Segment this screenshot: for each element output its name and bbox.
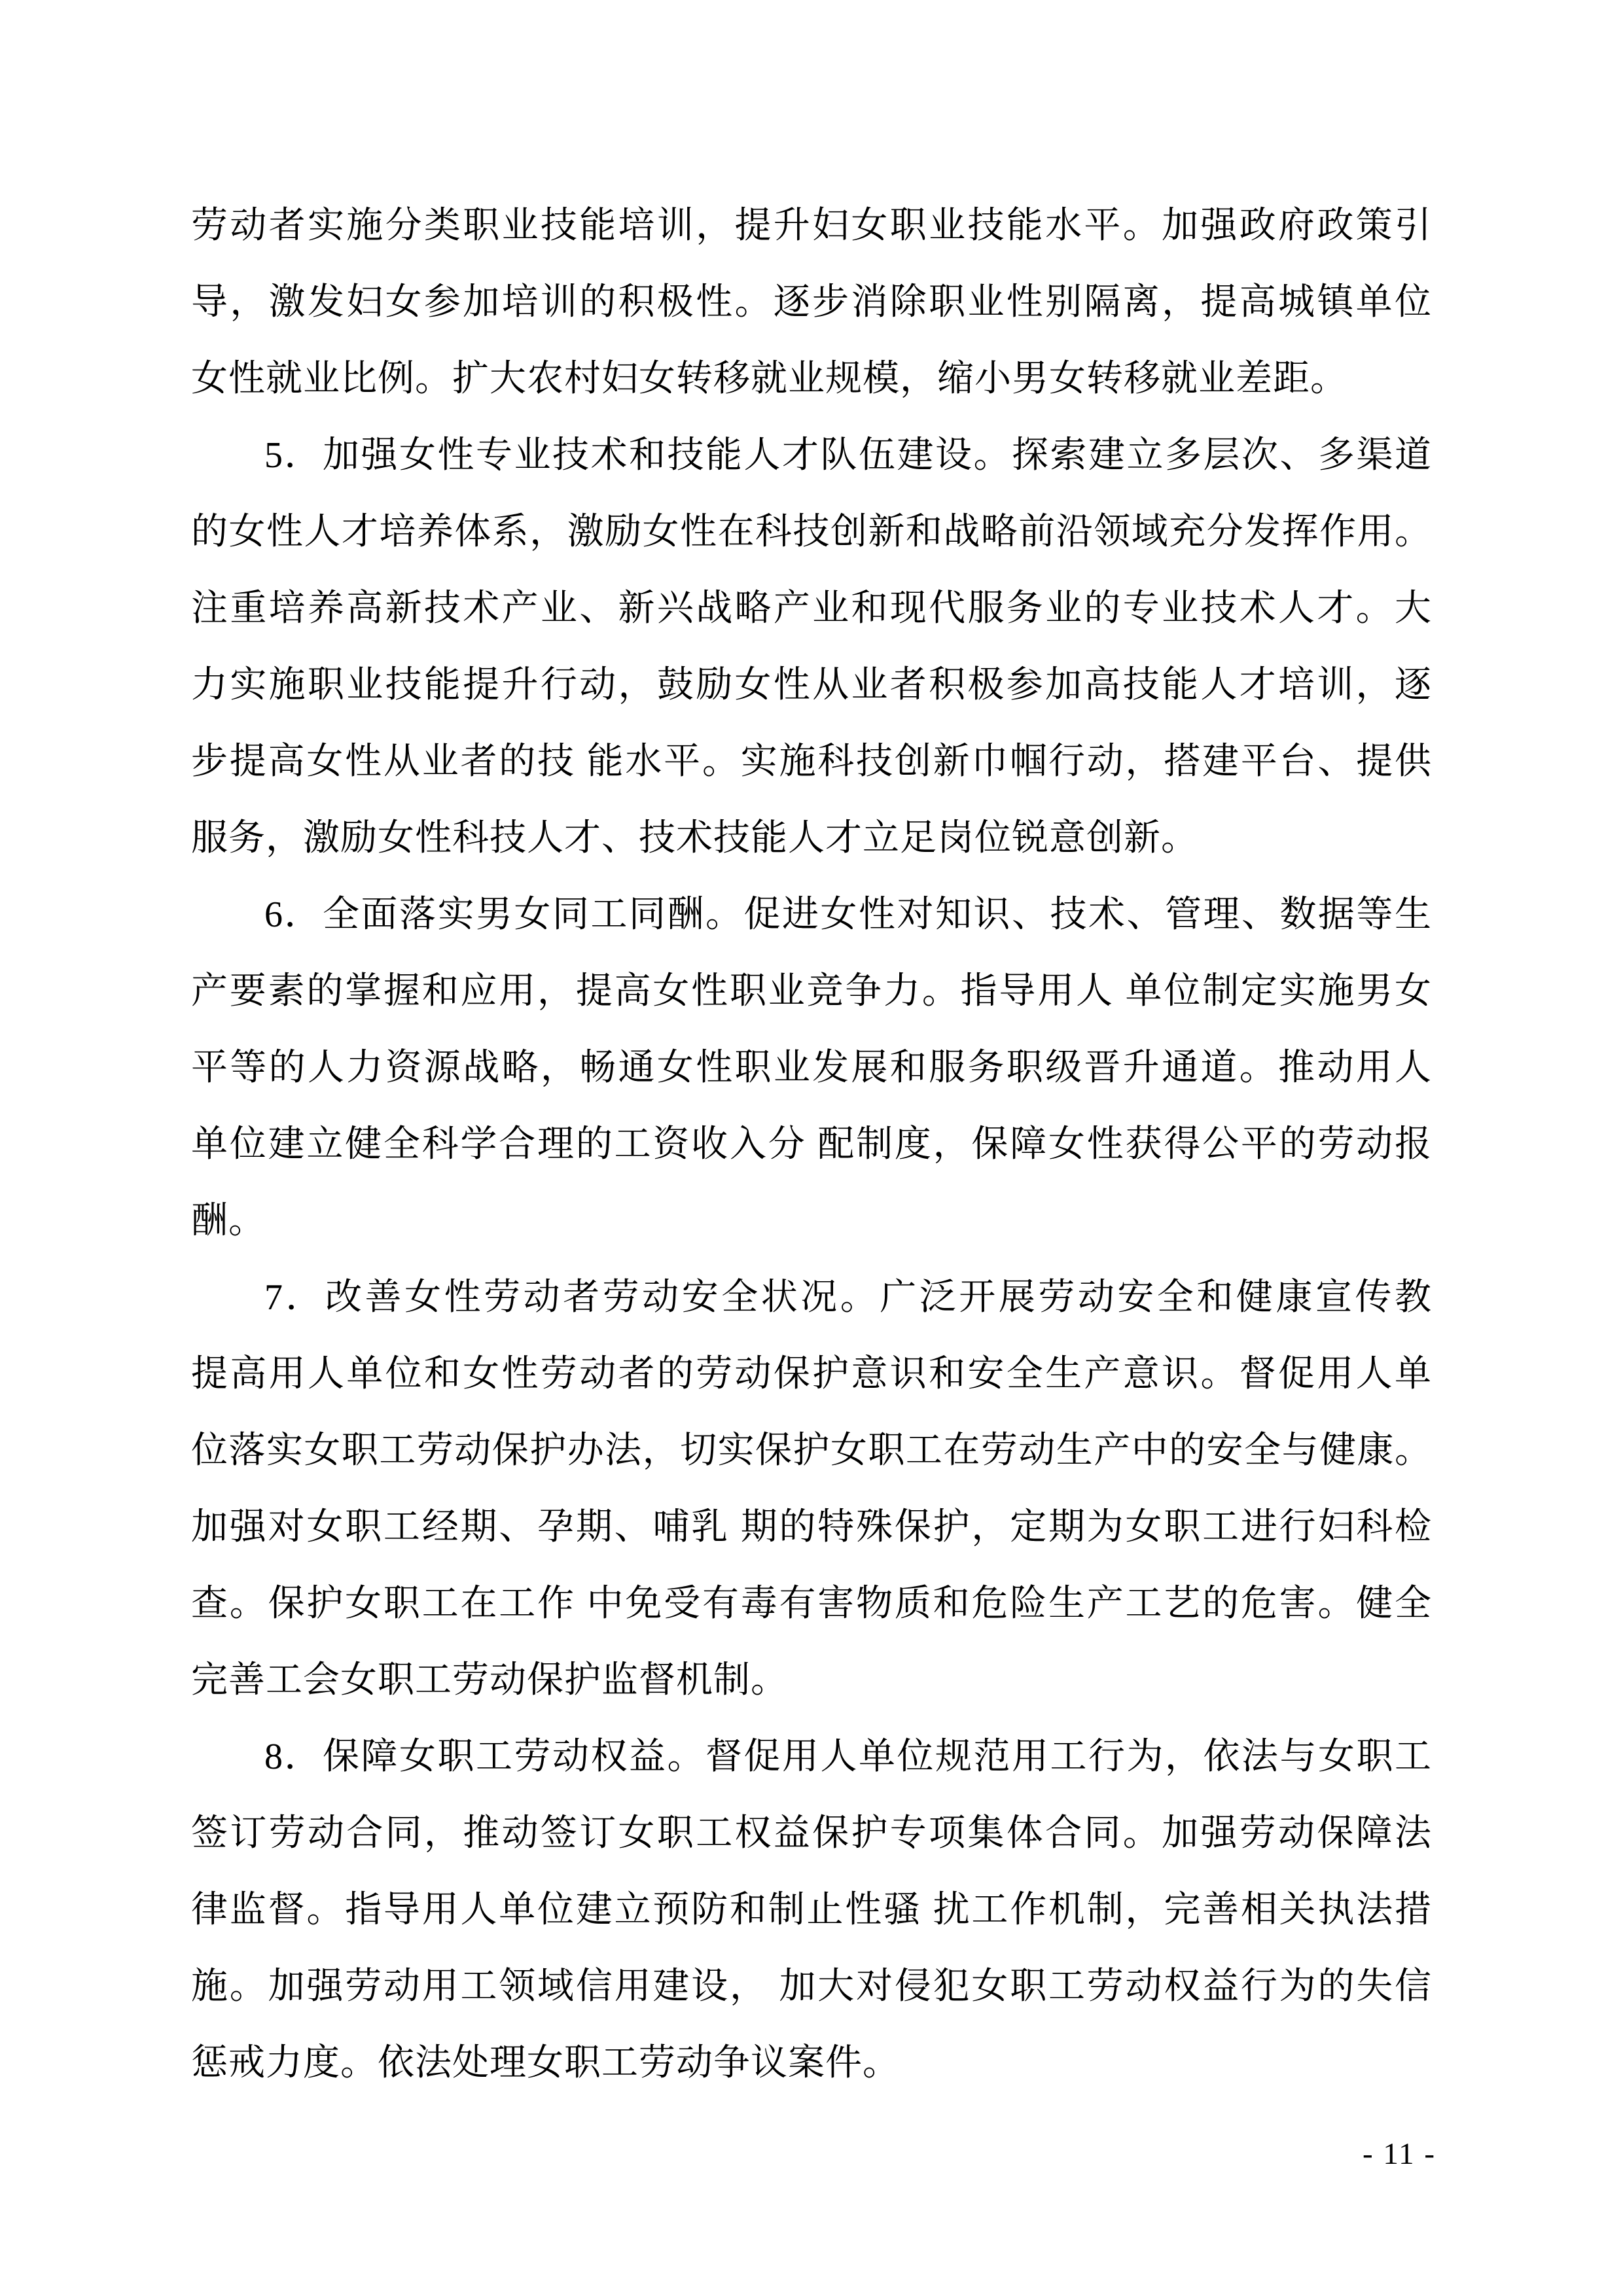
text-line: 惩戒力度。依法处理女职工劳动争议案件。 [191, 2025, 1432, 2102]
text-line: 平等的人力资源战略，畅通女性职业发展和服务职级晋升通道。推动用人 [191, 1030, 1432, 1106]
text-line: 注重培养高新技术产业、新兴战略产业和现代服务业的专业技术人才。大 [191, 571, 1432, 647]
text-line: 步提高女性从业者的技 能水平。实施科技创新巾帼行动，搭建平台、提供 [191, 724, 1432, 800]
text-line: 7．改善女性劳动者劳动安全状况。广泛开展劳动安全和健康宣传教育， [191, 1260, 1432, 1336]
text-line: 施。加强劳动用工领域信用建设， 加大对侵犯女职工劳动权益行为的失信 [191, 1949, 1432, 2025]
text-line: 6．全面落实男女同工同酬。促进女性对知识、技术、管理、数据等生 [191, 877, 1432, 953]
text-line: 查。保护女职工在工作 中免受有毒有害物质和危险生产工艺的危害。健全 [191, 1566, 1432, 1642]
page-number: - 11 - [191, 2134, 1436, 2174]
text-line: 完善工会女职工劳动保护监督机制。 [191, 1642, 1432, 1719]
text-line: 8．保障女职工劳动权益。督促用人单位规范用工行为，依法与女职工 [191, 1719, 1432, 1795]
text-line: 提高用人单位和女性劳动者的劳动保护意识和安全生产意识。督促用人单 [191, 1336, 1432, 1413]
text-line: 位落实女职工劳动保护办法，切实保护女职工在劳动生产中的安全与健康。 [191, 1413, 1432, 1489]
document-page: 劳动者实施分类职业技能培训，提升妇女职业技能水平。加强政府政策引 导，激发妇女参… [0, 0, 1623, 2296]
text-line: 酬。 [191, 1183, 1432, 1260]
text-line: 签订劳动合同，推动签订女职工权益保护专项集体合同。加强劳动保障法 [191, 1795, 1432, 1872]
text-line: 力实施职业技能提升行动，鼓励女性从业者积极参加高技能人才培训，逐 [191, 647, 1432, 724]
text-line: 单位建立健全科学合理的工资收入分 配制度，保障女性获得公平的劳动报 [191, 1106, 1432, 1183]
text-line: 加强对女职工经期、孕期、哺乳 期的特殊保护，定期为女职工进行妇科检 [191, 1489, 1432, 1566]
document-body: 劳动者实施分类职业技能培训，提升妇女职业技能水平。加强政府政策引 导，激发妇女参… [191, 188, 1432, 2102]
text-line: 服务，激励女性科技人才、技术技能人才立足岗位锐意创新。 [191, 800, 1432, 877]
text-line: 5．加强女性专业技术和技能人才队伍建设。探索建立多层次、多渠道 [191, 417, 1432, 494]
text-line: 产要素的掌握和应用，提高女性职业竞争力。指导用人 单位制定实施男女 [191, 953, 1432, 1030]
text-line: 的女性人才培养体系，激励女性在科技创新和战略前沿领域充分发挥作用。 [191, 494, 1432, 571]
text-line: 律监督。指导用人单位建立预防和制止性骚 扰工作机制，完善相关执法措 [191, 1872, 1432, 1949]
text-line: 女性就业比例。扩大农村妇女转移就业规模，缩小男女转移就业差距。 [191, 341, 1432, 417]
text-line: 劳动者实施分类职业技能培训，提升妇女职业技能水平。加强政府政策引 [191, 188, 1432, 264]
text-line: 导，激发妇女参加培训的积极性。逐步消除职业性别隔离，提高城镇单位 [191, 264, 1432, 341]
